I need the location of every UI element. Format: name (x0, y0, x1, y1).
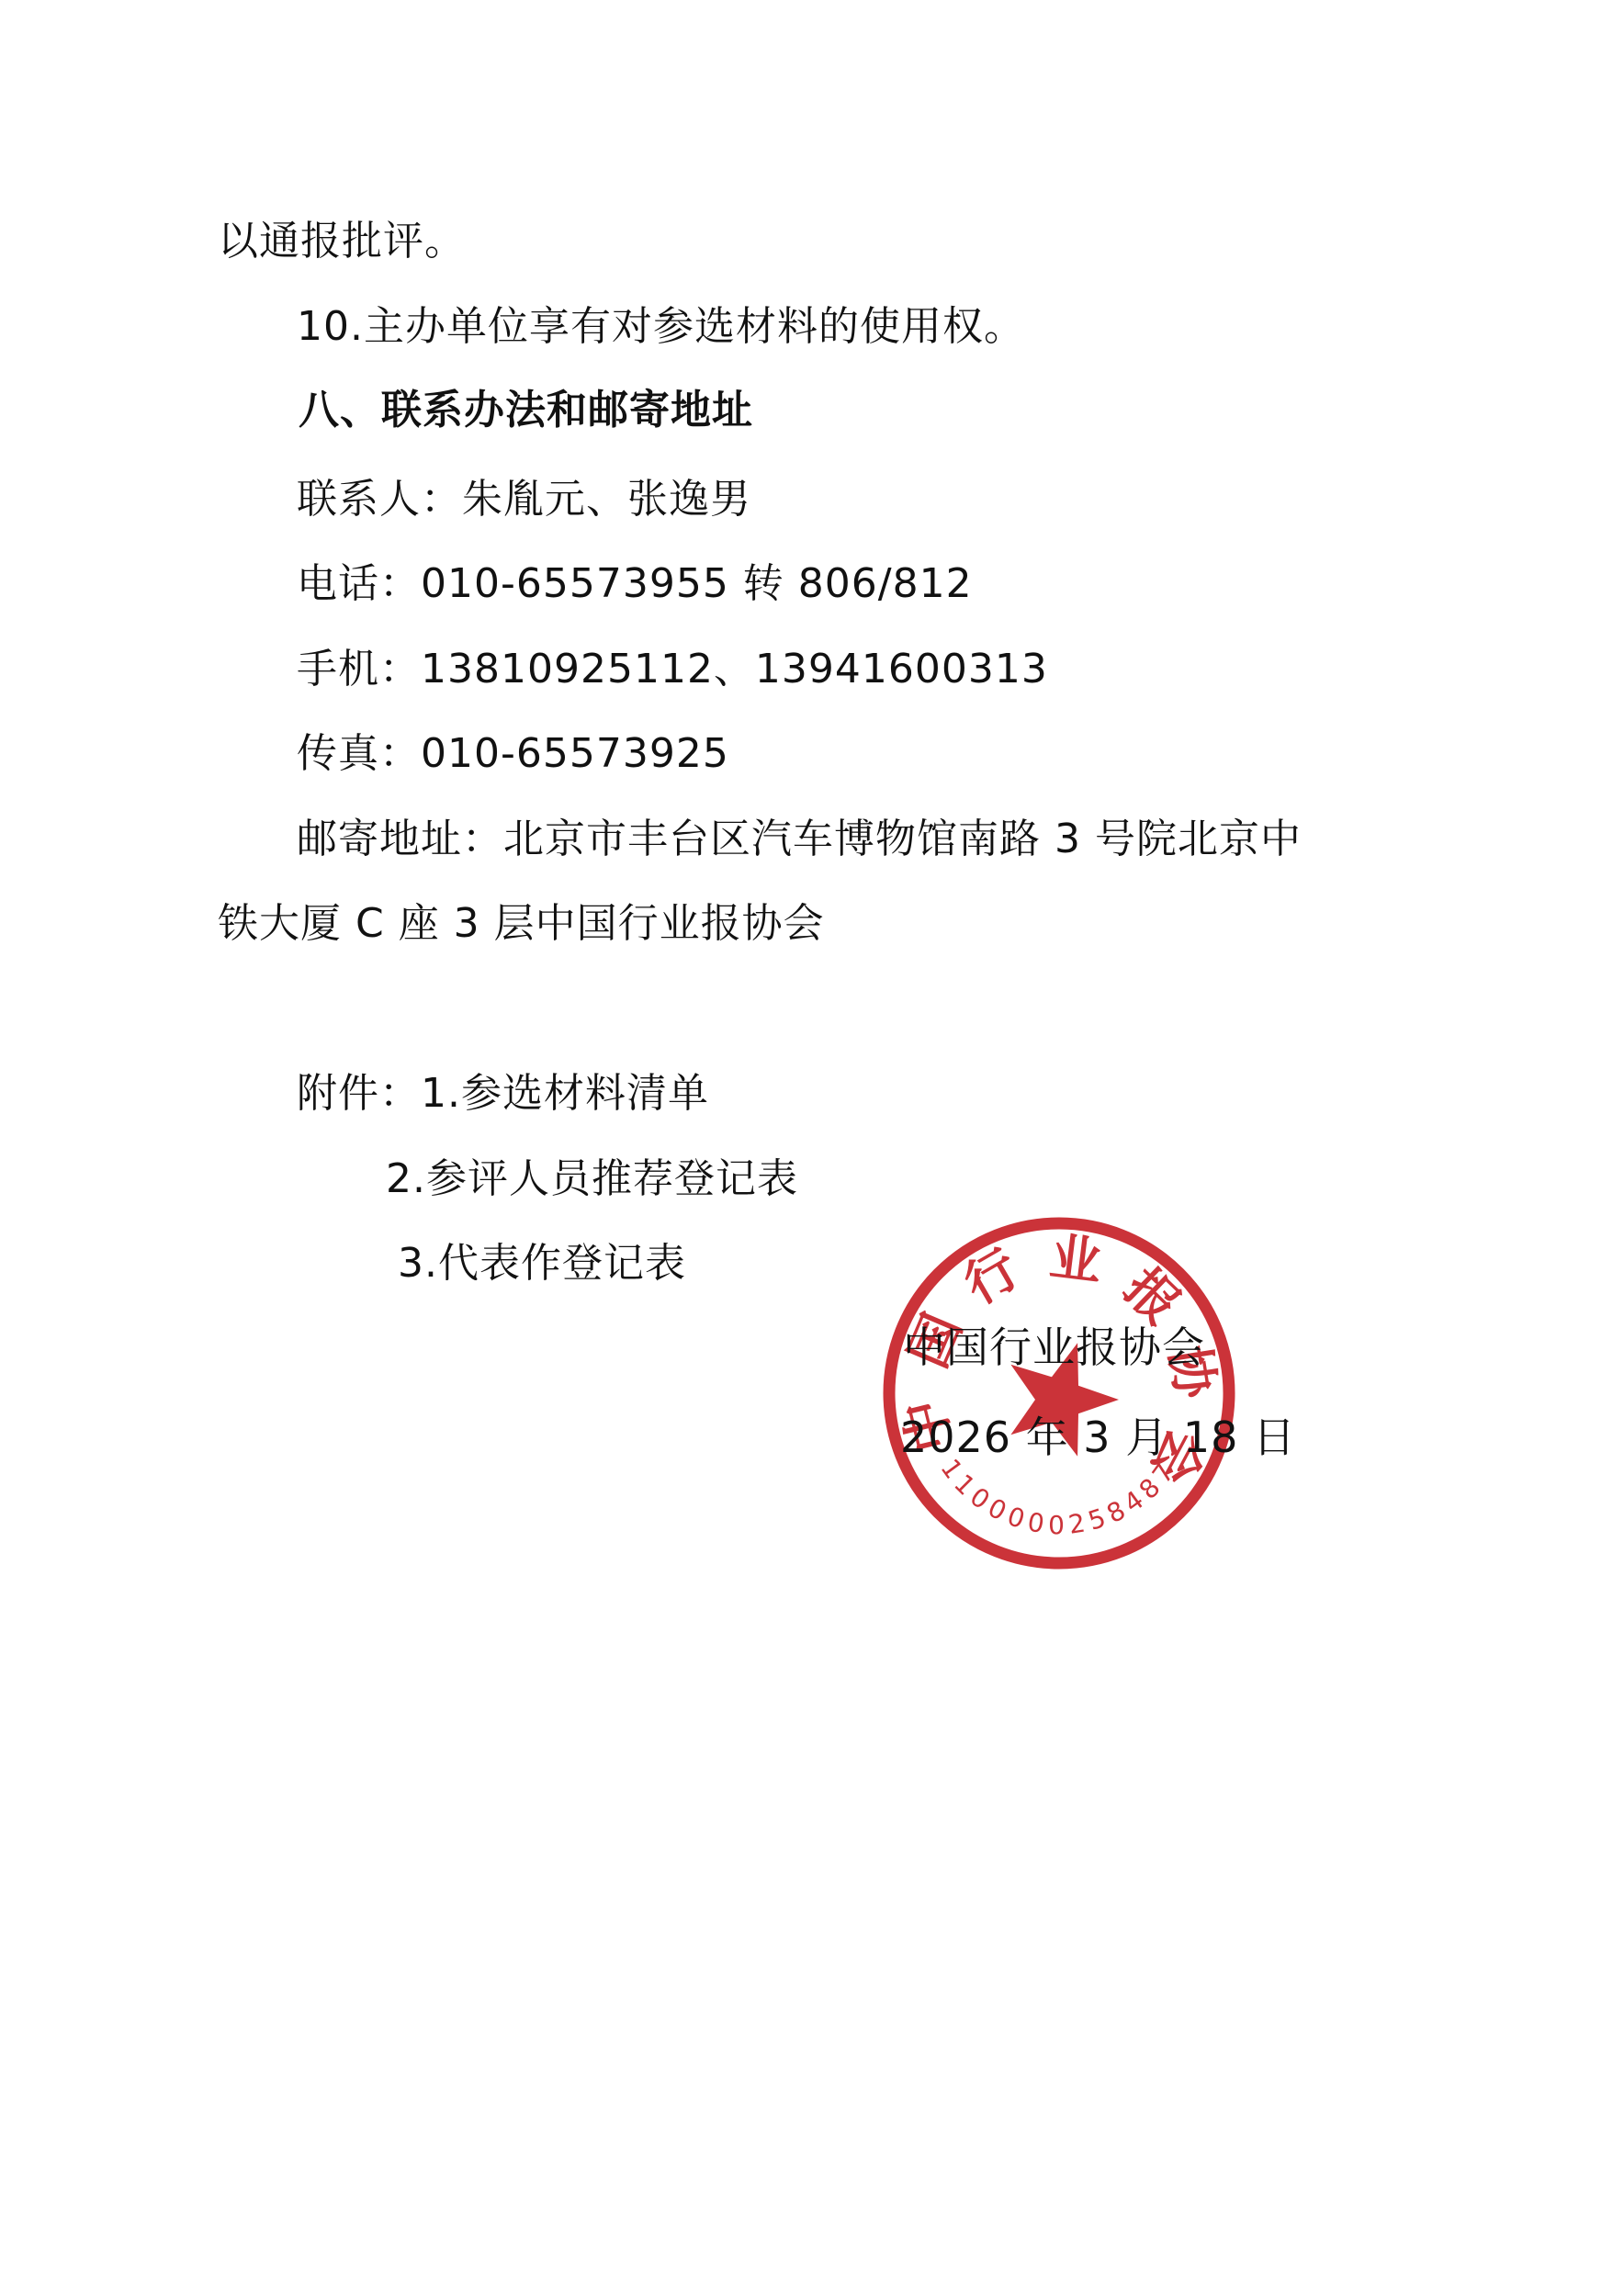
contact-person-line: 联系人：朱胤元、张逸男 (297, 476, 751, 524)
mailing-address-line-1: 邮寄地址：北京市丰台区汽车博物馆南路 3 号院北京中 (297, 816, 1302, 864)
signature-date: 2026 年 3 月 18 日 (900, 1412, 1296, 1463)
attachment-item-1: 附件：1.参选材料清单 (297, 1070, 709, 1119)
signature-organization: 中国行业报协会 (903, 1322, 1205, 1373)
paragraph-tail-tongbao: 以通报批评。 (218, 218, 466, 266)
telephone-line: 电话：010-65573955 转 806/812 (297, 560, 973, 609)
fax-line: 传真：010-65573925 (297, 730, 729, 779)
official-seal-stamp: 中 国 行 业 报 协 会 1100000258487 (863, 1199, 1258, 1593)
item-10-usage-rights: 10.主办单位享有对参选材料的使用权。 (297, 303, 1025, 352)
attachment-item-3: 3.代表作登记表 (398, 1240, 686, 1289)
section-heading-contact: 八、联系办法和邮寄地址 (299, 387, 753, 435)
attachment-item-2: 2.参评人员推荐登记表 (386, 1155, 798, 1204)
document-page: 以通报批评。 10.主办单位享有对参选材料的使用权。 八、联系办法和邮寄地址 联… (0, 0, 1624, 2296)
mailing-address-line-2: 铁大厦 C 座 3 层中国行业报协会 (218, 900, 825, 949)
mobile-line: 手机：13810925112、13941600313 (297, 646, 1048, 694)
stamp-ring-char-4: 业 (1046, 1227, 1105, 1292)
